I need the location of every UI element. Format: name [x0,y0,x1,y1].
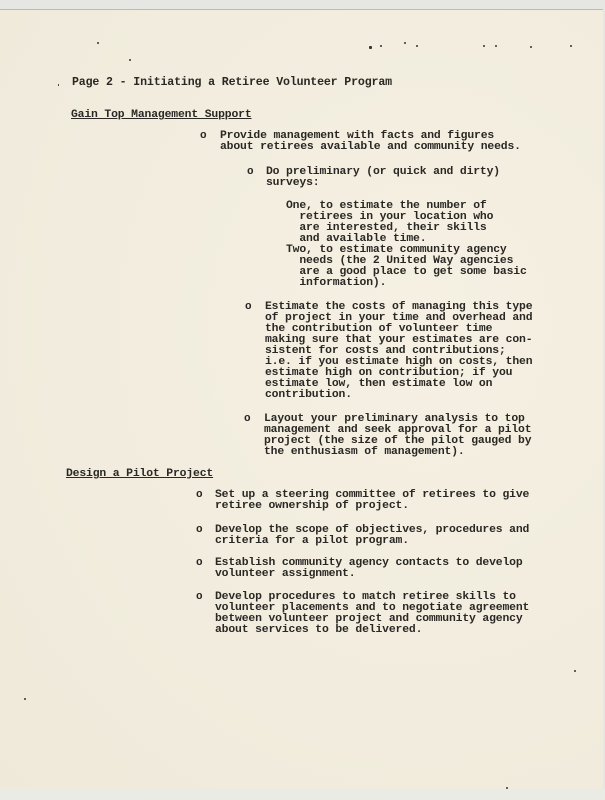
scan-speck [97,42,99,44]
list-item-line: volunteer assignment. [215,569,355,580]
scan-bottom-margin [0,789,605,800]
list-item-line: retiree ownership of project. [215,501,409,512]
section-heading-design-a-pilot-project: Design a Pilot Project [66,469,213,480]
page-header: Page 2 - Initiating a Retiree Volunteer … [72,77,392,88]
scan-speck [570,45,572,47]
scan-speck [380,45,382,47]
bullet-icon: o [247,167,254,178]
survey-paragraph-line: information). [286,278,386,289]
list-item-line: about services to be delivered. [215,625,422,636]
sub-list-item-line: surveys: [266,178,319,189]
scan-speck [58,84,59,86]
scan-speck [129,59,131,61]
scan-speck [369,46,372,49]
scan-speck [506,787,508,789]
bullet-icon: o [196,490,203,501]
scan-speck [416,45,418,47]
scan-speck [404,42,406,44]
bullet-icon: o [244,414,251,425]
sub-list-item-line: contribution. [265,390,352,401]
bullet-icon: o [196,558,203,569]
bullet-icon: o [196,592,203,603]
scan-speck [483,45,485,47]
section-heading-gain-top-management-support: Gain Top Management Support [71,110,252,121]
bullet-icon: o [245,302,252,313]
bullet-icon: o [200,131,207,142]
scan-speck [495,45,497,47]
scan-speck [574,670,576,672]
list-item-line: about retirees available and community n… [220,142,521,153]
sub-list-item-line: the enthusiasm of management). [264,447,465,458]
list-item-line: criteria for a pilot program. [215,536,409,547]
scan-speck [24,698,26,700]
scan-speck [530,46,532,48]
bullet-icon: o [196,525,203,536]
document-page [0,9,603,800]
